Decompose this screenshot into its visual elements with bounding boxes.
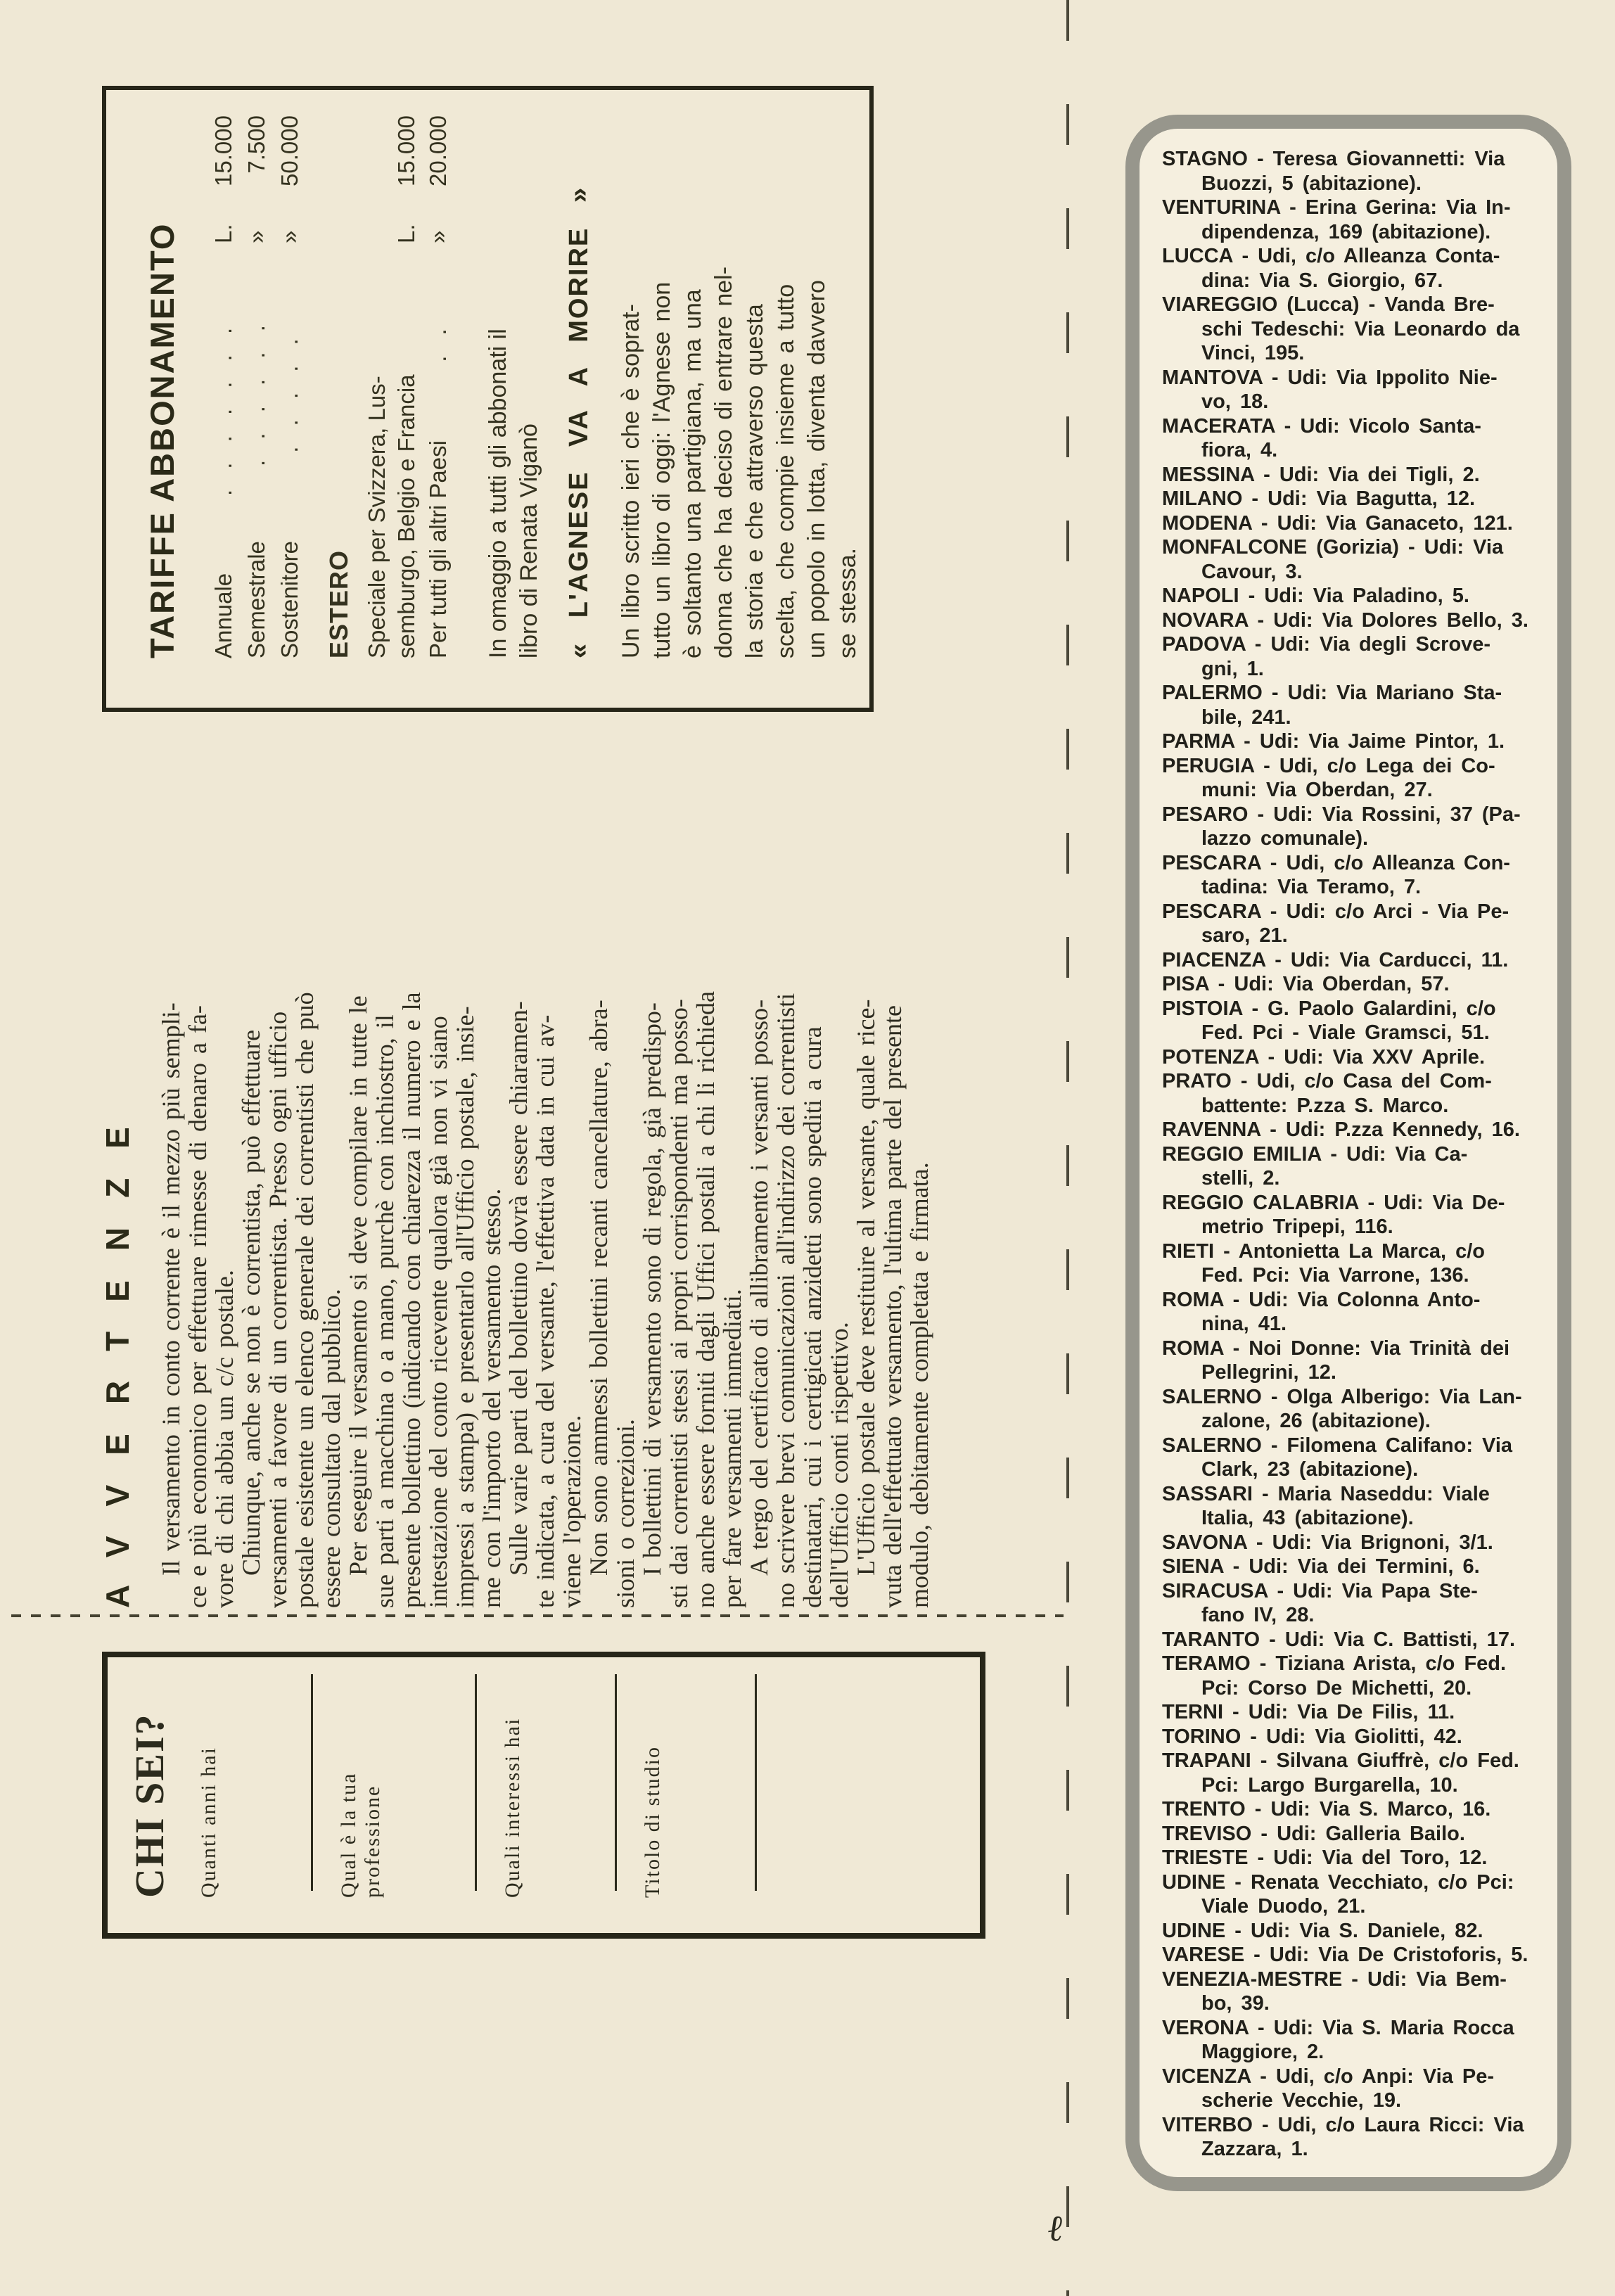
directory-entry: MONFALCONE (Gorizia) - Udi: Via Cavour, …: [1162, 535, 1538, 584]
subscription-rate-rows: Annuale . . . . . . . L.15.000 Semestral…: [207, 115, 306, 658]
directory-entry: TREVISO - Udi: Galleria Bailo.: [1162, 1822, 1538, 1847]
directory-entry: TERNI - Udi: Via De Filis, 11.: [1162, 1700, 1538, 1725]
directory-entry: ROMA - Udi: Via Colonna Anto- nina, 41.: [1162, 1288, 1538, 1337]
subscription-rates-box: TARIFFE ABBONAMENTO Annuale . . . . . . …: [102, 86, 874, 712]
avvertenze-paragraph: L'Ufficio postale deve restituire al ver…: [853, 796, 933, 1608]
rate-amount: 15.000: [207, 115, 240, 186]
avvertenze-paragraph: Chiunque, anche se non è correntista, pu…: [238, 796, 345, 1608]
directory-entry: UDINE - Renata Vecchiato, c/o Pci: Viale…: [1162, 1870, 1538, 1919]
directory-entry: PADOVA - Udi: Via degli Scrove- gni, 1.: [1162, 632, 1538, 681]
directory-entry: RAVENNA - Udi: P.zza Kennedy, 16.: [1162, 1118, 1538, 1142]
directory-entry: NAPOLI - Udi: Via Paladino, 5.: [1162, 584, 1538, 608]
questionnaire-box: CHI SEI? Quanti anni hai Qual è la tua p…: [102, 1652, 985, 1939]
avvertenze-paragraphs: Il versamento in conto corrente è il mez…: [158, 796, 933, 1608]
question-label: Quanti anni hai: [197, 1671, 221, 1898]
directory-entry: TRENTO - Udi: Via S. Marco, 16.: [1162, 1797, 1538, 1822]
gift-note: In omaggio a tutti gli abbonati il libro…: [483, 115, 544, 658]
directory-entry: TRIESTE - Udi: Via del Toro, 12.: [1162, 1846, 1538, 1870]
rate-currency: »: [240, 231, 273, 243]
questionnaire-content: CHI SEI? Quanti anni hai Qual è la tua p…: [108, 1657, 969, 1922]
dot-leader: . . . . .: [273, 243, 306, 541]
directory-entry: PALERMO - Udi: Via Mariano Sta- bile, 24…: [1162, 681, 1538, 729]
directory-entry: MESSINA - Udi: Via dei Tigli, 2.: [1162, 463, 1538, 487]
directory-entry: TORINO - Udi: Via Giolitti, 42.: [1162, 1725, 1538, 1749]
estero-special-label: Speciale per Svizzera, Lus- semburgo, Be…: [362, 243, 421, 658]
directory-entry: VENTURINA - Erina Gerina: Via In- dipend…: [1162, 196, 1538, 244]
rate-label: Annuale: [207, 573, 240, 658]
answer-blank-line: [475, 1674, 477, 1891]
page-fold-dashed-line: [1066, 0, 1069, 2296]
directory-entry: VERONA - Udi: Via S. Maria Rocca Maggior…: [1162, 2016, 1538, 2065]
question-label: Qual è la tua professione: [337, 1671, 385, 1898]
cut-dashed-line: [11, 1614, 1064, 1617]
rate-label: Per tutti gli altri Paesi: [421, 440, 454, 658]
dot-leader: . .: [421, 243, 454, 440]
directory-entry: MANTOVA - Udi: Via Ippolito Nie- vo, 18.: [1162, 366, 1538, 414]
rate-amount: 50.000: [273, 115, 306, 186]
answer-blank-line: [755, 1674, 757, 1891]
rate-currency: »: [273, 231, 306, 243]
directory-entry: TRAPANI - Silvana Giuffrè, c/o Fed. Pci:…: [1162, 1749, 1538, 1797]
estero-special-row: Speciale per Svizzera, Lus- semburgo, Be…: [362, 115, 421, 658]
directory-entry: PIACENZA - Udi: Via Carducci, 11.: [1162, 948, 1538, 973]
avvertenze-content: AVVERTENZE Il versamento in conto corren…: [98, 775, 946, 1612]
rate-currency: »: [421, 231, 454, 243]
questionnaire-item: Quali interessi hai: [501, 1671, 617, 1898]
directory-entry: STAGNO - Teresa Giovannetti: Via Buozzi,…: [1162, 147, 1538, 196]
directory-entry: PISA - Udi: Via Oberdan, 57.: [1162, 972, 1538, 997]
directory-entry: TARANTO - Udi: Via C. Battisti, 17.: [1162, 1628, 1538, 1652]
dot-leader: . . . . . . .: [207, 243, 240, 573]
rate-value: L.15.000: [207, 115, 240, 243]
directory-entry: NOVARA - Udi: Via Dolores Bello, 3.: [1162, 608, 1538, 633]
directory-entry: VENEZIA-MESTRE - Udi: Via Bem- bo, 39.: [1162, 1967, 1538, 2016]
answer-blank-line: [615, 1674, 617, 1891]
rate-amount: 7.500: [240, 115, 273, 174]
directory-entry: PESCARA - Udi, c/o Alleanza Con- tadina:…: [1162, 851, 1538, 900]
questionnaire-item: Quanti anni hai: [197, 1671, 313, 1898]
questionnaire-item: Qual è la tua professione: [337, 1671, 477, 1898]
rate-amount: 15.000: [392, 115, 421, 186]
estero-row: Per tutti gli altri Paesi . . »20.000: [421, 115, 454, 658]
answer-blank-line: [311, 1674, 313, 1891]
book-blurb: Un libro scritto ieri che è soprat- tutt…: [615, 115, 863, 658]
directory-entry: PRATO - Udi, c/o Casa del Com- battente:…: [1162, 1069, 1538, 1118]
questionnaire-items: Quanti anni hai Qual è la tua profession…: [197, 1671, 757, 1898]
rate-value: »20.000: [421, 115, 454, 243]
directory-entry: SIENA - Udi: Via dei Termini, 6.: [1162, 1555, 1538, 1579]
directory-entry: ROMA - Noi Donne: Via Trinità dei Pelleg…: [1162, 1337, 1538, 1385]
directory-entry: RIETI - Antonietta La Marca, c/o Fed. Pc…: [1162, 1239, 1538, 1288]
avvertenze-paragraph: Sulle varie parti del bollettino dovrà e…: [505, 796, 585, 1608]
directory-entry: VITERBO - Udi, c/o Laura Ricci: Via Zazz…: [1162, 2113, 1538, 2162]
rate-amount: 20.000: [421, 115, 454, 186]
city-directory-box: STAGNO - Teresa Giovannetti: Via Buozzi,…: [1125, 115, 1571, 2191]
estero-special-value: L.15.000: [392, 115, 421, 243]
directory-entry: PESCARA - Udi: c/o Arci - Via Pe- saro, …: [1162, 900, 1538, 948]
rate-value: »50.000: [273, 115, 306, 243]
questionnaire-title: CHI SEI?: [126, 1671, 173, 1898]
directory-entry: TERAMO - Tiziana Arista, c/o Fed. Pci: C…: [1162, 1652, 1538, 1700]
subscription-title: TARIFFE ABBONAMENTO: [143, 115, 181, 658]
directory-entry: MACERATA - Udi: Vicolo Santa- fiora, 4.: [1162, 414, 1538, 463]
directory-entry: PERUGIA - Udi, c/o Lega dei Co- muni: Vi…: [1162, 754, 1538, 803]
city-directory-list: STAGNO - Teresa Giovannetti: Via Buozzi,…: [1162, 147, 1538, 2162]
questionnaire-item: Titolo di studio: [641, 1671, 757, 1898]
avvertenze-title: AVVERTENZE: [98, 796, 136, 1608]
estero-heading: ESTERO: [324, 115, 354, 658]
handwritten-fold-mark: ℓ: [1044, 2207, 1067, 2251]
rate-currency: L.: [392, 224, 421, 243]
rate-label: Semestrale: [240, 541, 273, 658]
directory-entry: MODENA - Udi: Via Ganaceto, 121.: [1162, 511, 1538, 536]
directory-entry: SAVONA - Udi: Via Brignoni, 3/1.: [1162, 1531, 1538, 1555]
directory-entry: PARMA - Udi: Via Jaime Pintor, 1.: [1162, 729, 1538, 754]
directory-entry: SASSARI - Maria Naseddu: Viale Italia, 4…: [1162, 1482, 1538, 1531]
rate-label: Sostenitore: [273, 541, 306, 658]
avvertenze-block: AVVERTENZE Il versamento in conto corren…: [98, 775, 946, 1612]
directory-entry: MILANO - Udi: Via Bagutta, 12.: [1162, 487, 1538, 511]
avvertenze-paragraph: Non sono ammessi bollettini recanti canc…: [585, 796, 639, 1608]
question-label: Quali interessi hai: [501, 1671, 525, 1898]
question-label: Titolo di studio: [641, 1671, 665, 1898]
avvertenze-paragraph: A tergo del certificato di allibramento …: [746, 796, 853, 1608]
directory-entry: SALERNO - Olga Alberigo: Via Lan- zalone…: [1162, 1385, 1538, 1434]
directory-entry: REGGIO CALABRIA - Udi: Via De- metrio Tr…: [1162, 1191, 1538, 1239]
rate-currency: L.: [207, 224, 240, 243]
avvertenze-paragraph: Per eseguire il versamento si deve compi…: [345, 796, 505, 1608]
directory-entry: UDINE - Udi: Via S. Daniele, 82.: [1162, 1919, 1538, 1944]
avvertenze-paragraph: Il versamento in conto corrente è il mez…: [158, 796, 238, 1608]
subscription-rates-content: TARIFFE ABBONAMENTO Annuale . . . . . . …: [106, 90, 861, 699]
directory-entry: POTENZA - Udi: Via XXV Aprile.: [1162, 1045, 1538, 1070]
avvertenze-paragraph: I bollettini di versamento sono di regol…: [639, 796, 746, 1608]
directory-entry: SIRACUSA - Udi: Via Papa Ste- fano IV, 2…: [1162, 1579, 1538, 1628]
directory-entry: LUCCA - Udi, c/o Alleanza Conta- dina: V…: [1162, 244, 1538, 293]
rate-row: Sostenitore . . . . . »50.000: [273, 115, 306, 658]
directory-entry: PISTOIA - G. Paolo Galardini, c/o Fed. P…: [1162, 997, 1538, 1045]
directory-entry: SALERNO - Filomena Califano: Via Clark, …: [1162, 1434, 1538, 1482]
directory-entry: VIAREGGIO (Lucca) - Vanda Bre- schi Tede…: [1162, 293, 1538, 366]
directory-entry: VARESE - Udi: Via De Cristoforis, 5.: [1162, 1943, 1538, 1967]
rate-value: »7.500: [240, 115, 273, 243]
rate-row: Semestrale . . . . . . »7.500: [240, 115, 273, 658]
dot-leader: . . . . . .: [240, 243, 273, 541]
book-title: « L'AGNESE VA A MORIRE »: [564, 115, 594, 658]
directory-entry: REGGIO EMILIA - Udi: Via Ca- stelli, 2.: [1162, 1142, 1538, 1191]
scanned-magazine-page: ℓ ⁄⁄ TARIFFE ABBONAMENTO Annuale . . . .…: [0, 0, 1615, 2296]
directory-entry: VICENZA - Udi, c/o Anpi: Via Pe- scherie…: [1162, 2065, 1538, 2113]
directory-entry: PESARO - Udi: Via Rossini, 37 (Pa- lazzo…: [1162, 803, 1538, 851]
rate-row: Annuale . . . . . . . L.15.000: [207, 115, 240, 658]
